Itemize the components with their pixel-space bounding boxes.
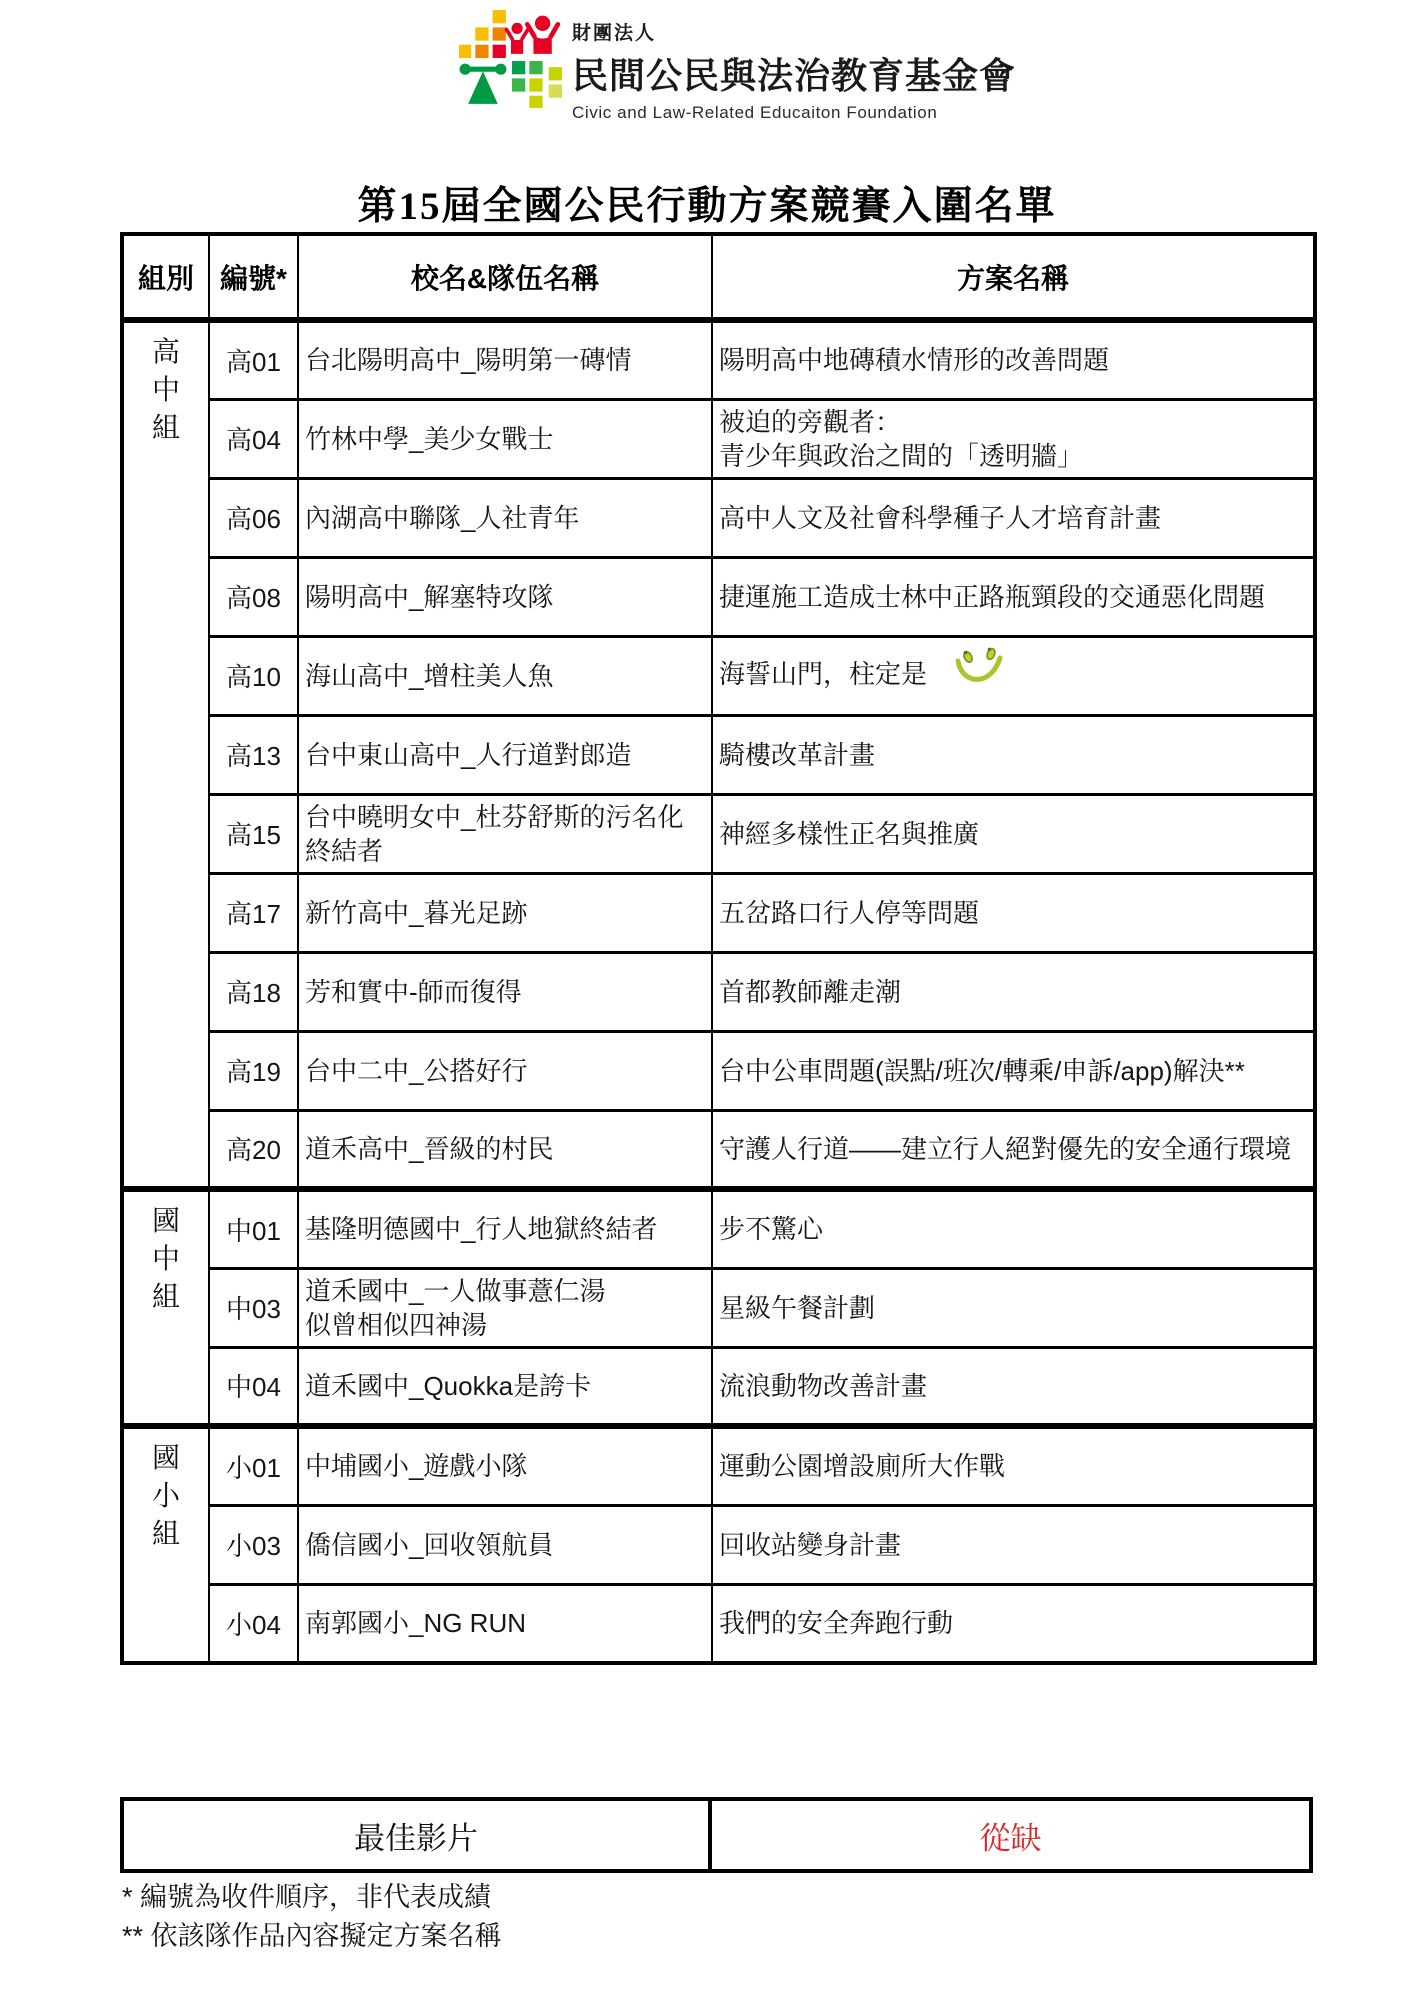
- team-name: 陽明高中_解塞特攻隊: [298, 557, 712, 636]
- finalist-table: 組別 編號* 校名&隊伍名稱 方案名稱 高中組高01台北陽明高中_陽明第一磚情陽…: [120, 232, 1317, 1665]
- project-name: 運動公園增設廁所大作戰: [712, 1426, 1315, 1505]
- table-row: 小03僑信國小_回收領航員回收站變身計畫: [122, 1505, 1315, 1584]
- project-text: 高中人文及社會科學種子人才培育計畫: [719, 503, 1161, 533]
- project-text: 海誓山門，柱定是: [719, 658, 927, 688]
- entry-number: 小03: [209, 1505, 298, 1584]
- project-name: 我們的安全奔跑行動: [712, 1584, 1315, 1663]
- entry-number: 高19: [209, 1031, 298, 1110]
- smiley-icon: [953, 647, 1003, 697]
- entry-number: 高10: [209, 636, 298, 715]
- entry-number: 中03: [209, 1268, 298, 1347]
- project-text: 流浪動物改善計畫: [719, 1371, 927, 1401]
- header-project: 方案名稱: [712, 234, 1315, 320]
- team-name: 竹林中學_美少女戰士: [298, 399, 712, 478]
- page-title: 第15屆全國公民行動方案競賽入圍名單: [0, 175, 1414, 231]
- entry-number: 中01: [209, 1189, 298, 1268]
- project-name: 回收站變身計畫: [712, 1505, 1315, 1584]
- table-row: 高08陽明高中_解塞特攻隊捷運施工造成士林中正路瓶頸段的交通惡化問題: [122, 557, 1315, 636]
- team-name: 台中曉明女中_杜芬舒斯的污名化終結者: [298, 794, 712, 873]
- team-name: 南郭國小_NG RUN: [298, 1584, 712, 1663]
- table-row: 中03道禾國中_一人做事薏仁湯 似曾相似四神湯星級午餐計劃: [122, 1268, 1315, 1347]
- entry-number: 高04: [209, 399, 298, 478]
- project-text: 捷運施工造成士林中正路瓶頸段的交通惡化問題: [719, 582, 1265, 612]
- project-name: 神經多樣性正名與推廣: [712, 794, 1315, 873]
- entry-number: 中04: [209, 1347, 298, 1426]
- table-row: 國小組小01中埔國小_遊戲小隊運動公園增設廁所大作戰: [122, 1426, 1315, 1505]
- entry-number: 高06: [209, 478, 298, 557]
- team-name: 台北陽明高中_陽明第一磚情: [298, 320, 712, 399]
- project-text: 首都教師離走潮: [719, 977, 901, 1007]
- project-text: 星級午餐計劃: [719, 1293, 875, 1323]
- group-label: 國小組: [151, 1439, 181, 1553]
- best-film-strip: 最佳影片 從缺: [120, 1797, 1313, 1873]
- project-name: 海誓山門，柱定是: [712, 636, 1315, 715]
- table-row: 中04道禾國中_Quokka是誇卡流浪動物改善計畫: [122, 1347, 1315, 1426]
- table-row: 高13台中東山高中_人行道對郎造騎樓改革計畫: [122, 715, 1315, 794]
- project-name: 五岔路口行人停等問題: [712, 873, 1315, 952]
- team-name: 台中東山高中_人行道對郎造: [298, 715, 712, 794]
- group-cell: 國小組: [122, 1426, 209, 1663]
- team-name: 內湖高中聯隊_人社青年: [298, 478, 712, 557]
- header-team: 校名&隊伍名稱: [298, 234, 712, 320]
- table-row: 國中組中01基隆明德國中_行人地獄終結者步不驚心: [122, 1189, 1315, 1268]
- project-text: 被迫的旁觀者： 青少年與政治之間的「透明牆」: [719, 407, 1083, 471]
- team-name: 新竹高中_暮光足跡: [298, 873, 712, 952]
- entry-number: 高18: [209, 952, 298, 1031]
- org-name-en: Civic and Law-Related Educaiton Foundati…: [572, 103, 1016, 123]
- group-label: 國中組: [151, 1202, 181, 1316]
- project-name: 被迫的旁觀者： 青少年與政治之間的「透明牆」: [712, 399, 1315, 478]
- team-name: 僑信國小_回收領航員: [298, 1505, 712, 1584]
- foundation-logo-icon: [459, 10, 563, 108]
- header-group: 組別: [122, 234, 209, 320]
- project-name: 高中人文及社會科學種子人才培育計畫: [712, 478, 1315, 557]
- table-row: 高中組高01台北陽明高中_陽明第一磚情陽明高中地磚積水情形的改善問題: [122, 320, 1315, 399]
- table-header-row: 組別 編號* 校名&隊伍名稱 方案名稱: [122, 234, 1315, 320]
- footnote-1: * 編號為收件順序，非代表成績: [122, 1878, 502, 1917]
- table-row: 高18芳和實中-師而復得首都教師離走潮: [122, 952, 1315, 1031]
- project-text: 台中公車問題(誤點/班次/轉乘/申訴/app)解決**: [719, 1056, 1245, 1086]
- project-name: 流浪動物改善計畫: [712, 1347, 1315, 1426]
- project-name: 步不驚心: [712, 1189, 1315, 1268]
- team-name: 道禾國中_Quokka是誇卡: [298, 1347, 712, 1426]
- team-name: 基隆明德國中_行人地獄終結者: [298, 1189, 712, 1268]
- entry-number: 小04: [209, 1584, 298, 1663]
- org-name: 民間公民與法治教育基金會: [572, 48, 1016, 99]
- entry-number: 高01: [209, 320, 298, 399]
- table-row: 高06內湖高中聯隊_人社青年高中人文及社會科學種子人才培育計畫: [122, 478, 1315, 557]
- finalist-table-body: 高中組高01台北陽明高中_陽明第一磚情陽明高中地磚積水情形的改善問題高04竹林中…: [122, 320, 1315, 1663]
- org-type: 財團法人: [572, 18, 1016, 45]
- footnote-2: ** 依該隊作品內容擬定方案名稱: [122, 1917, 502, 1956]
- entry-number: 高15: [209, 794, 298, 873]
- project-name: 首都教師離走潮: [712, 952, 1315, 1031]
- project-text: 我們的安全奔跑行動: [719, 1608, 953, 1638]
- table-row: 高10海山高中_增柱美人魚海誓山門，柱定是: [122, 636, 1315, 715]
- group-label: 高中組: [151, 333, 181, 447]
- project-text: 回收站變身計畫: [719, 1530, 901, 1560]
- table-row: 高15台中曉明女中_杜芬舒斯的污名化終結者神經多樣性正名與推廣: [122, 794, 1315, 873]
- project-name: 守護人行道——建立行人絕對優先的安全通行環境: [712, 1110, 1315, 1189]
- project-text: 騎樓改革計畫: [719, 740, 875, 770]
- entry-number: 小01: [209, 1426, 298, 1505]
- header-number: 編號*: [209, 234, 298, 320]
- project-text: 守護人行道——建立行人絕對優先的安全通行環境: [719, 1134, 1291, 1164]
- project-name: 騎樓改革計畫: [712, 715, 1315, 794]
- project-name: 陽明高中地磚積水情形的改善問題: [712, 320, 1315, 399]
- table-row: 小04南郭國小_NG RUN我們的安全奔跑行動: [122, 1584, 1315, 1663]
- team-name: 道禾國中_一人做事薏仁湯 似曾相似四神湯: [298, 1268, 712, 1347]
- table-row: 高17新竹高中_暮光足跡五岔路口行人停等問題: [122, 873, 1315, 952]
- project-text: 神經多樣性正名與推廣: [719, 819, 979, 849]
- project-name: 台中公車問題(誤點/班次/轉乘/申訴/app)解決**: [712, 1031, 1315, 1110]
- project-name: 星級午餐計劃: [712, 1268, 1315, 1347]
- foundation-logo-text: 財團法人 民間公民與法治教育基金會 Civic and Law-Related …: [572, 18, 1016, 123]
- project-text: 步不驚心: [719, 1214, 823, 1244]
- team-name: 海山高中_增柱美人魚: [298, 636, 712, 715]
- table-row: 高20道禾高中_晉級的村民守護人行道——建立行人絕對優先的安全通行環境: [122, 1110, 1315, 1189]
- team-name: 道禾高中_晉級的村民: [298, 1110, 712, 1189]
- entry-number: 高20: [209, 1110, 298, 1189]
- entry-number: 高08: [209, 557, 298, 636]
- project-name: 捷運施工造成士林中正路瓶頸段的交通惡化問題: [712, 557, 1315, 636]
- team-name: 芳和實中-師而復得: [298, 952, 712, 1031]
- group-cell: 高中組: [122, 320, 209, 1189]
- award-result: 從缺: [712, 1801, 1309, 1869]
- project-text: 運動公園增設廁所大作戰: [719, 1451, 1005, 1481]
- table-row: 高19台中二中_公搭好行台中公車問題(誤點/班次/轉乘/申訴/app)解決**: [122, 1031, 1315, 1110]
- entry-number: 高13: [209, 715, 298, 794]
- project-text: 陽明高中地磚積水情形的改善問題: [719, 345, 1109, 375]
- best-film-label: 最佳影片: [124, 1801, 712, 1869]
- footnotes: * 編號為收件順序，非代表成績 ** 依該隊作品內容擬定方案名稱: [122, 1878, 502, 1956]
- team-name: 中埔國小_遊戲小隊: [298, 1426, 712, 1505]
- table-row: 高04竹林中學_美少女戰士被迫的旁觀者： 青少年與政治之間的「透明牆」: [122, 399, 1315, 478]
- project-text: 五岔路口行人停等問題: [719, 898, 979, 928]
- team-name: 台中二中_公搭好行: [298, 1031, 712, 1110]
- group-cell: 國中組: [122, 1189, 209, 1426]
- entry-number: 高17: [209, 873, 298, 952]
